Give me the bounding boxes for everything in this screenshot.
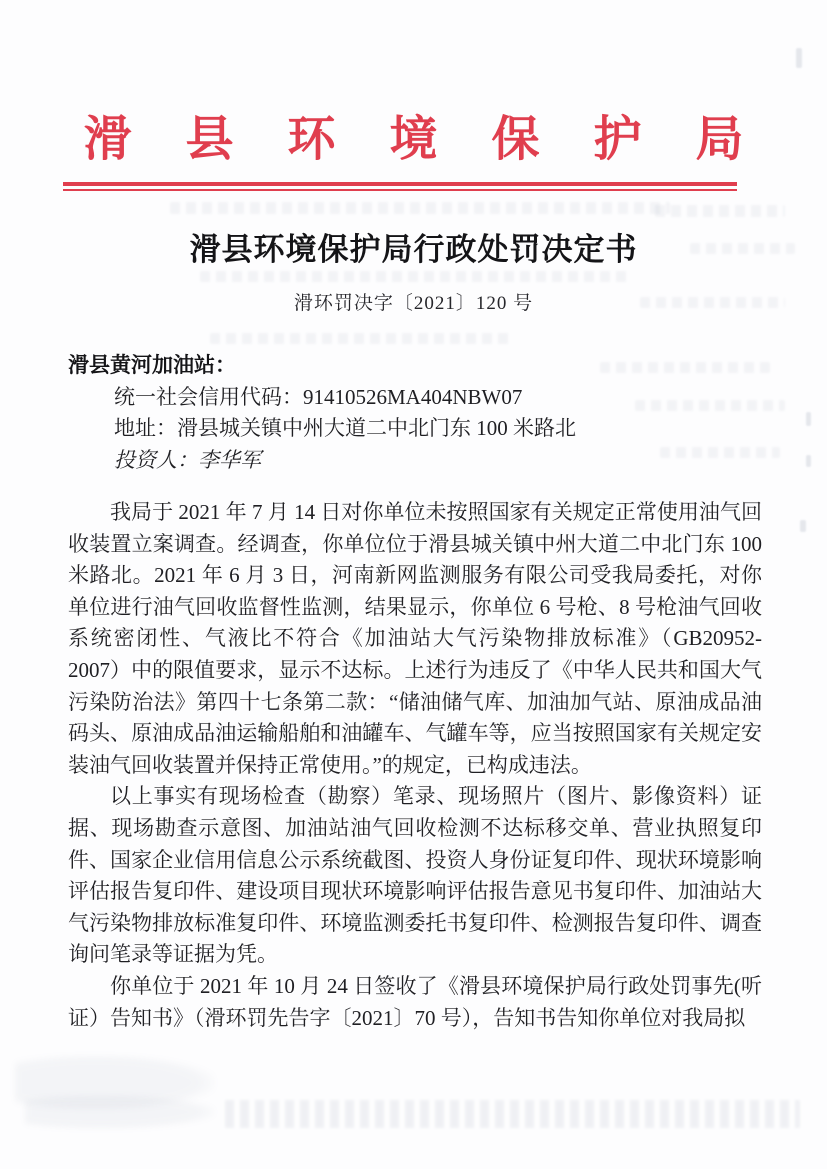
investor-value: 李华军	[198, 448, 261, 472]
scan-bleedthrough-artifact	[170, 202, 670, 214]
body-paragraph-evidence: 以上事实有现场检查（勘察）笔录、现场照片（图片、影像资料）证据、现场勘查示意图、…	[68, 781, 762, 971]
scan-bleedthrough-artifact	[15, 1055, 215, 1110]
scan-bleedthrough-artifact	[200, 271, 630, 282]
letterhead-rule-thick	[63, 182, 737, 186]
address-value: 滑县城关镇中州大道二中北门东 100 米路北	[177, 416, 576, 440]
document-title: 滑县环境保护局行政处罚决定书	[0, 224, 827, 269]
recipient-address-line: 地址：滑县城关镇中州大道二中北门东 100 米路北	[114, 413, 768, 445]
letterhead-agency-name: 滑县环境保护局	[0, 100, 827, 169]
recipient-name: 滑县黄河加油站：	[68, 350, 768, 382]
letterhead-rule-thin	[63, 189, 737, 191]
credit-code-value: 91410526MA404NBW07	[303, 385, 522, 409]
scan-speck-artifact	[800, 520, 806, 532]
credit-code-label: 统一社会信用代码：	[114, 385, 303, 409]
body-paragraph-notice: 你单位于 2021 年 10 月 24 日签收了《滑县环境保护局行政处罚事先(听…	[68, 971, 762, 1034]
scanned-document-page: 滑县环境保护局 滑县环境保护局行政处罚决定书 滑环罚决字〔2021〕120 号 …	[0, 0, 827, 1169]
recipient-investor-line: 投资人：李华军	[114, 445, 768, 477]
scan-bleedthrough-artifact	[210, 333, 510, 344]
address-label: 地址：	[114, 416, 177, 440]
scan-speck-artifact	[796, 48, 802, 68]
recipient-credit-code-line: 统一社会信用代码：91410526MA404NBW07	[114, 382, 768, 414]
scan-bleedthrough-artifact	[225, 1100, 800, 1128]
scan-speck-artifact	[806, 412, 811, 426]
scan-bleedthrough-artifact	[25, 1095, 215, 1129]
document-body: 我局于 2021 年 7 月 14 日对你单位未按照国家有关规定正常使用油气回收…	[68, 497, 762, 1034]
recipient-block: 滑县黄河加油站： 统一社会信用代码：91410526MA404NBW07 地址：…	[68, 350, 768, 476]
investor-label: 投资人：	[114, 448, 198, 472]
scan-bleedthrough-artifact	[655, 205, 785, 217]
scan-speck-artifact	[806, 455, 811, 467]
body-paragraph-facts: 我局于 2021 年 7 月 14 日对你单位未按照国家有关规定正常使用油气回收…	[68, 497, 762, 781]
document-number: 滑环罚决字〔2021〕120 号	[0, 288, 827, 315]
